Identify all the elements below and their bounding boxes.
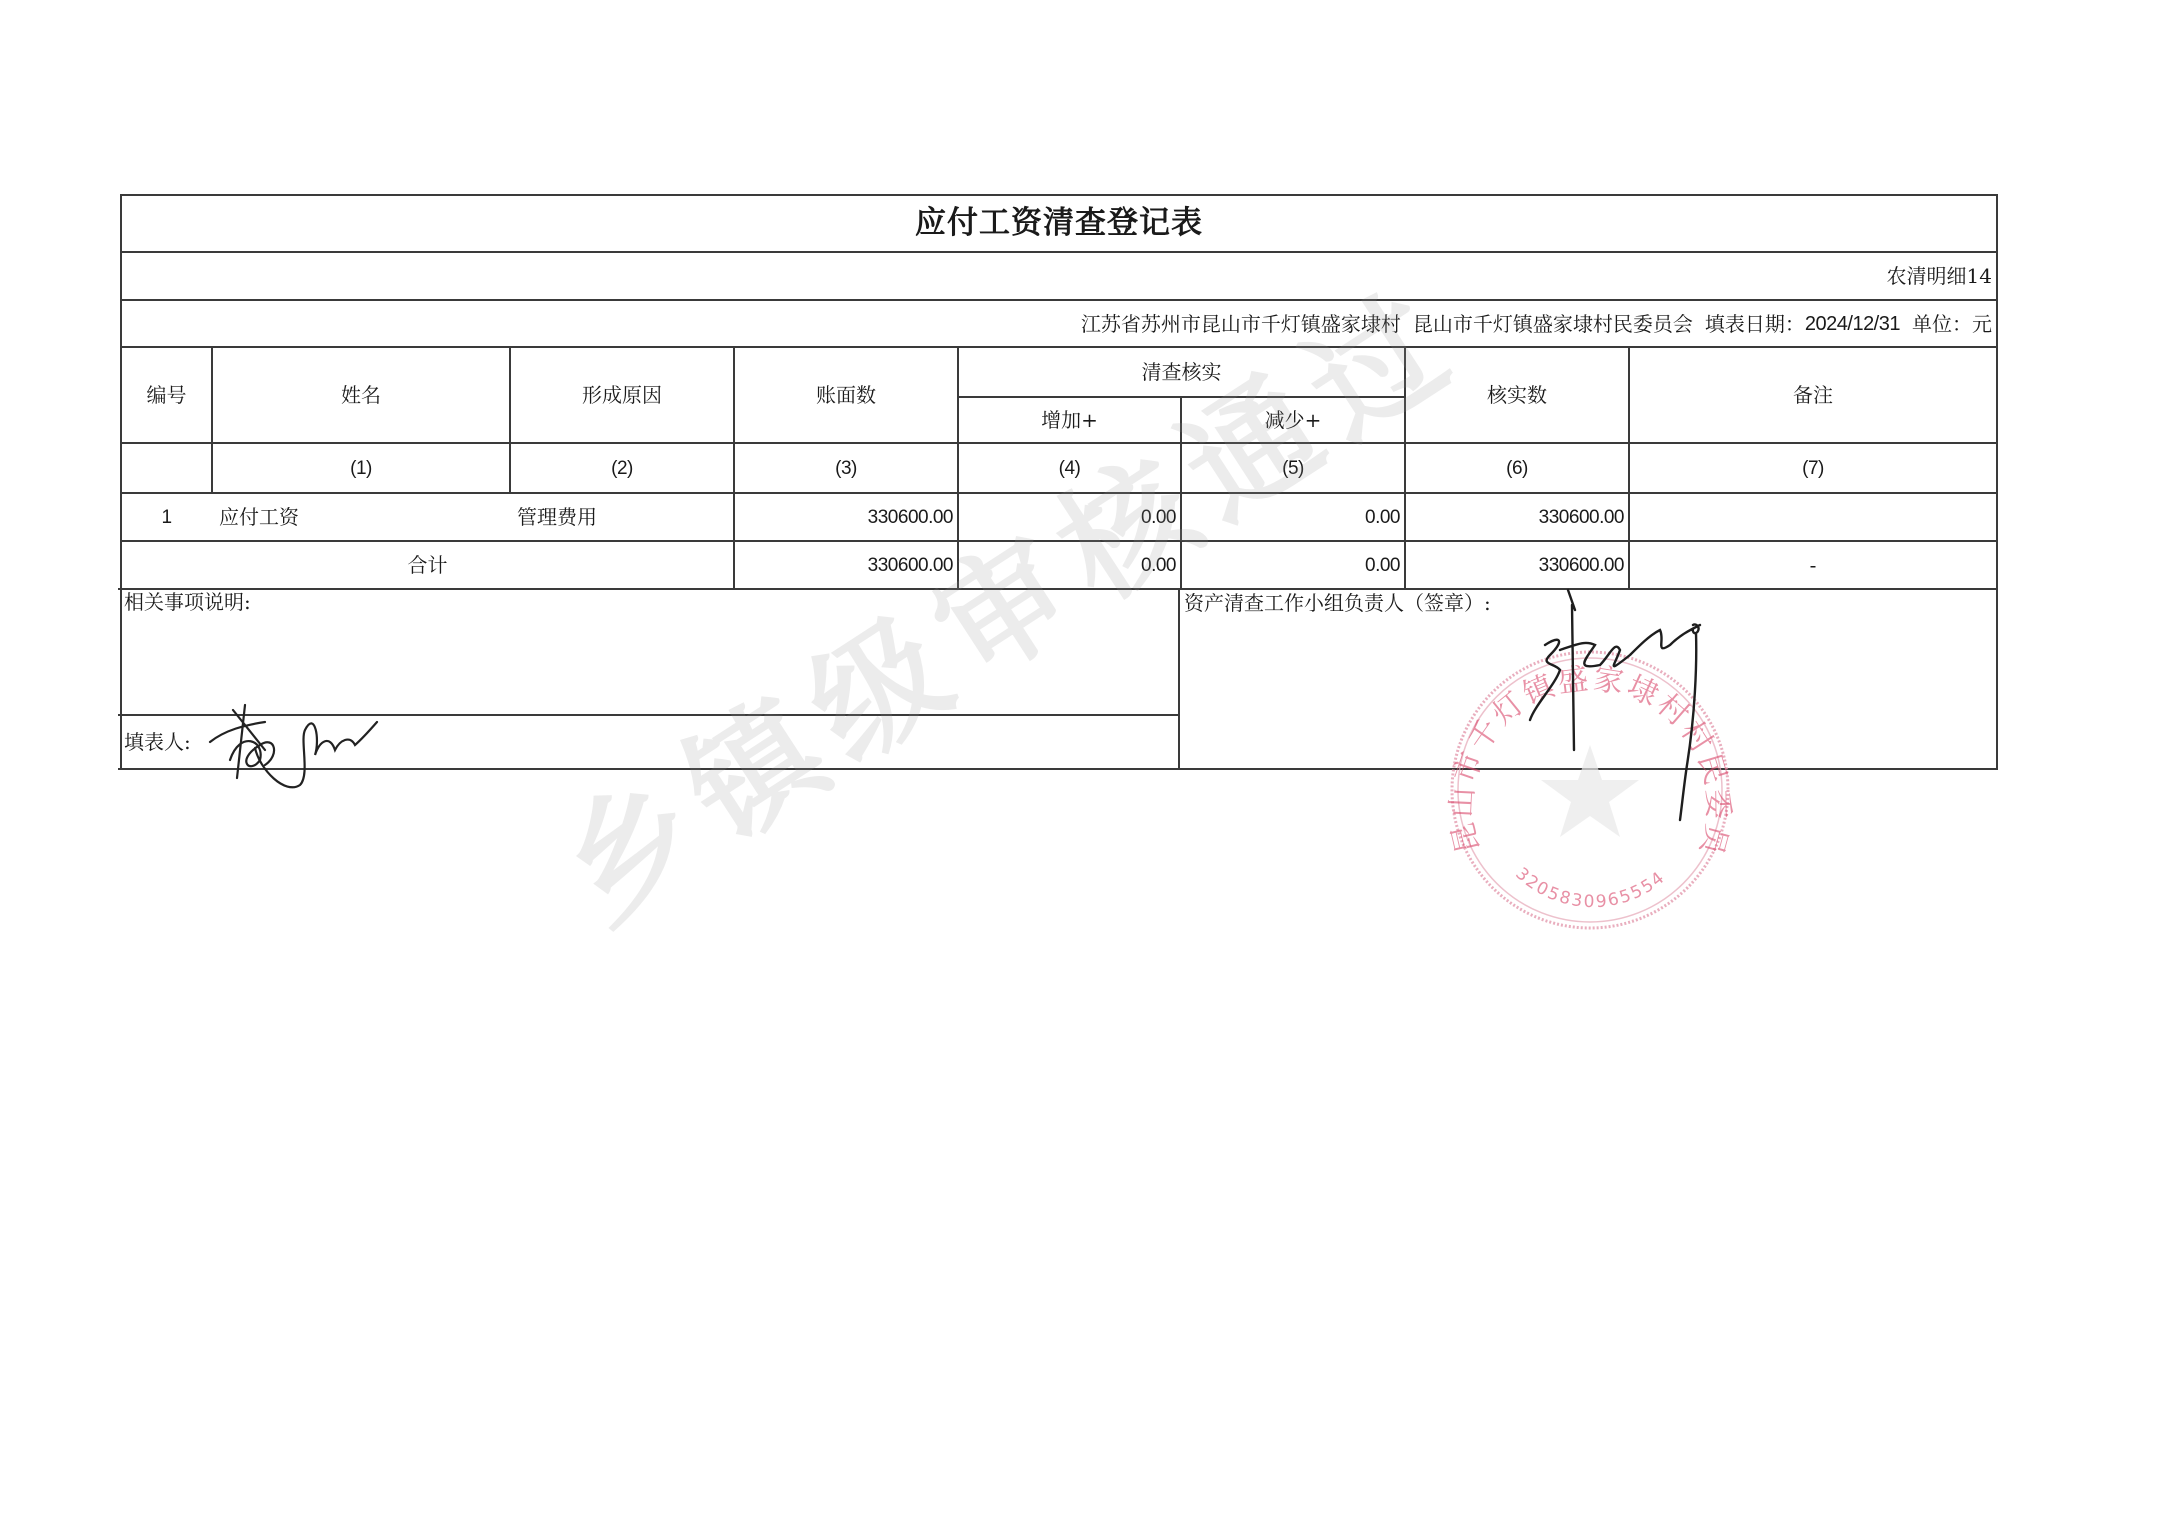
header-book-value: 账面数 <box>735 348 957 442</box>
col-code: (7) <box>1630 444 1996 492</box>
col-code <box>122 444 211 492</box>
form-code: 农清明细14 <box>122 253 1996 299</box>
header-verification-group: 清查核实 <box>959 348 1404 396</box>
notes-field[interactable] <box>120 616 1176 712</box>
total-increase: 0.00 <box>959 542 1180 588</box>
total-label: 合计 <box>122 542 733 588</box>
header-reason: 形成原因 <box>511 348 733 442</box>
stamp-code: 3205830965554 <box>1511 864 1669 912</box>
fill-date-label: 填表日期： <box>1705 314 1805 334</box>
row-reason: 管理费用 <box>511 494 733 540</box>
header-decrease: 减少+ <box>1182 398 1404 442</box>
col-code: (2) <box>511 444 733 492</box>
row-no: 1 <box>122 494 211 540</box>
organization: 昆山市千灯镇盛家埭村民委员会 <box>1413 314 1693 334</box>
total-book-value: 330600.00 <box>735 542 957 588</box>
unit: 元 <box>1972 314 1992 334</box>
svg-text:3205830965554: 3205830965554 <box>1511 864 1669 912</box>
unit-label: 单位： <box>1912 314 1972 334</box>
preparer-label: 填表人: <box>120 716 1176 768</box>
col-code: (6) <box>1406 444 1628 492</box>
header-increase: 增加+ <box>959 398 1180 442</box>
row-verified-value: 330600.00 <box>1406 494 1628 540</box>
leader-label: 资产清查工作小组负责人（签章）: <box>1180 590 1980 616</box>
col-code: (4) <box>959 444 1180 492</box>
document-page: 应付工资清查登记表 农清明细14 江苏省苏州市昆山市千灯镇盛家埭村 昆山市千灯镇… <box>0 0 2160 1527</box>
header-no: 编号 <box>122 348 211 442</box>
total-verified-value: 330600.00 <box>1406 542 1628 588</box>
header-name: 姓名 <box>213 348 509 442</box>
row-decrease: 0.00 <box>1182 494 1404 540</box>
col-code: (5) <box>1182 444 1404 492</box>
stamp-text: 昆山市千灯镇盛家埭村村民委员会 <box>1440 640 1735 861</box>
row-remarks <box>1630 494 1996 540</box>
total-decrease: 0.00 <box>1182 542 1404 588</box>
row-increase: 0.00 <box>959 494 1180 540</box>
page-title: 应付工资清查登记表 <box>122 196 1996 251</box>
row-book-value: 330600.00 <box>735 494 957 540</box>
col-code: (3) <box>735 444 957 492</box>
row-name: 应付工资 <box>213 494 509 540</box>
notes-label: 相关事项说明: <box>120 590 1176 614</box>
svg-text:昆山市千灯镇盛家埭村村民委员会: 昆山市千灯镇盛家埭村村民委员会 <box>1440 640 1735 861</box>
header-remarks: 备注 <box>1630 348 1996 442</box>
table-border-right <box>1996 194 1998 770</box>
fill-date: 2024/12/31 <box>1805 314 1900 334</box>
leader-signature-icon <box>1500 585 1780 825</box>
official-stamp-icon: 昆山市千灯镇盛家埭村村民委员会 3205830965554 <box>1440 640 1740 940</box>
total-remarks: - <box>1630 542 1996 588</box>
col-code: (1) <box>213 444 509 492</box>
table-border-bottom <box>118 768 1996 770</box>
info-line: 江苏省苏州市昆山市千灯镇盛家埭村 昆山市千灯镇盛家埭村民委员会 填表日期： 20… <box>122 301 1996 346</box>
region: 江苏省苏州市昆山市千灯镇盛家埭村 <box>1081 314 1401 334</box>
header-verified-value: 核实数 <box>1406 348 1628 442</box>
